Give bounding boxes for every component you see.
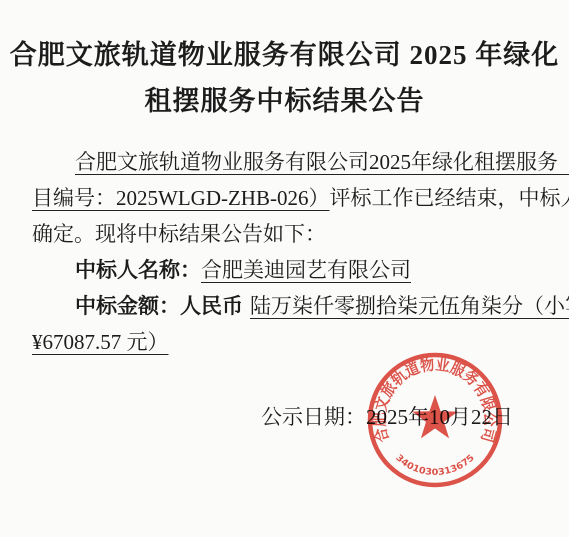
paragraph-line-2-rest: 评标工作已经结束，中标人已经	[329, 186, 569, 210]
document-body: 合肥文旅轨道物业服务有限公司2025年绿化租摆服务（项 目编号：2025WLGD…	[0, 144, 569, 360]
amount-line-2: ¥67087.57 元）	[32, 324, 537, 360]
paragraph-line-1: 合肥文旅轨道物业服务有限公司2025年绿化租摆服务（项	[32, 144, 537, 180]
seal-number-text: 3401030313675	[393, 453, 476, 478]
document-title-line1: 合肥文旅轨道物业服务有限公司 2025 年绿化	[0, 32, 569, 78]
document-title-line2: 租摆服务中标结果公告	[0, 78, 569, 124]
winner-name: 合肥美迪园艺有限公司	[201, 258, 411, 282]
project-name-underlined: 合肥文旅轨道物业服务有限公司2025年绿化租摆服务（项	[75, 150, 569, 174]
winner-line: 中标人名称：合肥美迪园艺有限公司	[32, 252, 537, 288]
amount-line-1: 中标金额：人民币陆万柒仟零捌拾柒元伍角柒分（小写：	[32, 288, 537, 324]
document-page: 合肥文旅轨道物业服务有限公司 2025 年绿化 租摆服务中标结果公告 合肥文旅轨…	[0, 0, 569, 537]
amount-currency: 人民币	[180, 294, 243, 318]
amount-label: 中标金额：	[75, 294, 180, 318]
winner-label: 中标人名称：	[75, 258, 201, 282]
paragraph-line-2: 目编号：2025WLGD-ZHB-026）评标工作已经结束，中标人已经	[32, 180, 537, 216]
project-number-underlined: 目编号：2025WLGD-ZHB-026）	[32, 186, 329, 210]
amount-in-figures: ¥67087.57 元）	[32, 330, 169, 354]
publish-date: 公示日期：2025年10月22日	[0, 402, 569, 432]
document-title: 合肥文旅轨道物业服务有限公司 2025 年绿化 租摆服务中标结果公告	[0, 32, 569, 124]
svg-text:3401030313675: 3401030313675	[393, 453, 476, 478]
paragraph-line-3: 确定。现将中标结果公告如下：	[32, 216, 537, 252]
amount-in-words: 陆万柒仟零捌拾柒元伍角柒分（小写：	[250, 294, 569, 318]
